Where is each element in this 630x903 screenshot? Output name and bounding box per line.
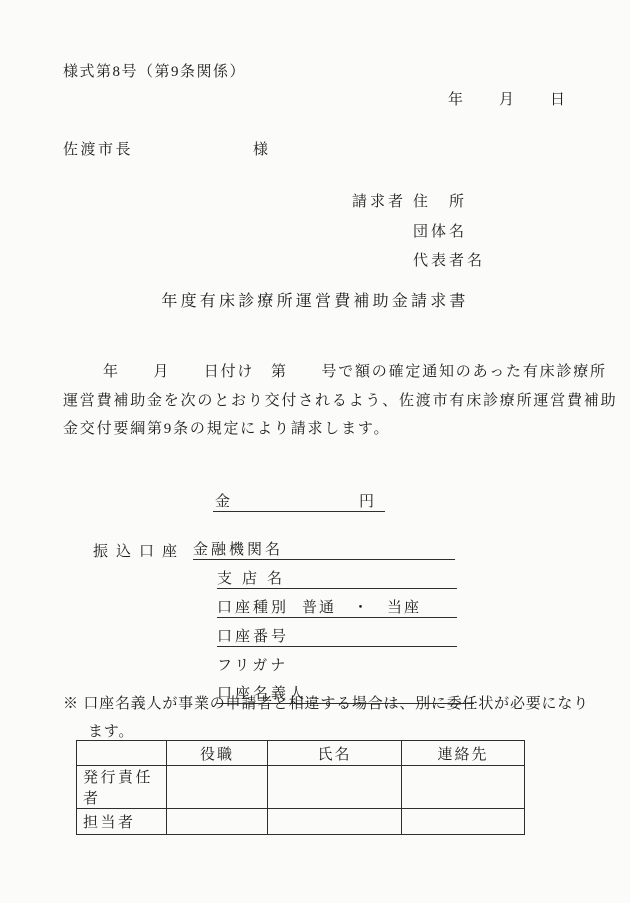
claimant-org-label: 団体名 — [413, 220, 467, 241]
table-header-contact: 連絡先 — [402, 741, 525, 766]
claimant-org-row: 団体名 — [0, 220, 630, 242]
bank-branch-field: 支店名 — [217, 567, 457, 589]
bank-institution-label: 金融機関名 — [193, 542, 283, 558]
bank-account-number-label: 口座番号 — [217, 629, 289, 645]
addressee-honorific: 様 — [253, 138, 268, 159]
form-number: 様式第8号（第9条関係） — [63, 60, 246, 81]
body-paragraph: 年 月 日付け 第 号で額の確定通知のあった有床診療所 運営費補助金を次のとおり… — [63, 358, 571, 444]
table-header-role: 役職 — [167, 741, 268, 766]
body-line: 年 月 日付け 第 号で額の確定通知のあった有床診療所 — [63, 358, 571, 387]
body-line: 金交付要綱第9条の規定により請求します。 — [63, 415, 571, 444]
table-row: 発行責任者 — [77, 766, 525, 809]
bank-account-type-label: 口座種別 — [217, 600, 289, 616]
addressee-row: 佐渡市長 様 — [0, 138, 630, 160]
note-block: ※ 口座名義人が事業の申請者と相違する場合は、別に委任状が必要になり ます。 — [63, 690, 575, 746]
document-page: 様式第8号（第9条関係） 年 月 日 佐渡市長 様 請求者 住 所 団体名 代表… — [0, 0, 630, 903]
body-line: 運営費補助金を次のとおり交付されるよう、佐渡市有床診療所運営費補助 — [63, 387, 571, 416]
table-cell — [268, 809, 402, 835]
claimant-rep-label: 代表者名 — [413, 249, 485, 270]
date-line: 年 月 日 — [63, 88, 567, 109]
table-row: 担当者 — [77, 809, 525, 835]
bank-branch-label: 支店名 — [217, 571, 292, 587]
document-title: 年度有床診療所運営費補助金請求書 — [0, 288, 630, 311]
table-cell — [167, 766, 268, 809]
claimant-address-label: 住 所 — [413, 190, 467, 211]
bank-section-label: 振込口座 — [93, 540, 185, 561]
table-cell — [402, 809, 525, 835]
amount-field: 金 円 — [213, 490, 385, 512]
table-cell — [268, 766, 402, 809]
claimant-address-row: 請求者 住 所 — [0, 190, 630, 212]
table-header-row: 役職 氏名 連絡先 — [77, 741, 525, 766]
claimant-label: 請求者 — [352, 190, 406, 211]
bank-institution-field: 金融機関名 — [193, 538, 455, 560]
bank-account-type-options: 普通 ・ 当座 — [302, 600, 421, 616]
table-cell — [167, 809, 268, 835]
addressee-name: 佐渡市長 — [63, 138, 133, 159]
note-line: ※ 口座名義人が事業の申請者と相違する場合は、別に委任状が必要になり — [63, 690, 575, 718]
contact-table: 役職 氏名 連絡先 発行責任者 担当者 — [76, 740, 525, 835]
bank-account-number-field: 口座番号 — [217, 625, 457, 647]
bank-account-type-field: 口座種別普通 ・ 当座 — [217, 596, 457, 618]
amount-prefix: 金 — [215, 490, 230, 511]
bank-furigana-field: フリガナ — [217, 654, 457, 675]
table-rowlabel-issuer: 発行責任者 — [77, 766, 167, 809]
claimant-rep-row: 代表者名 — [0, 249, 630, 271]
table-cell — [402, 766, 525, 809]
bank-furigana-label: フリガナ — [217, 658, 288, 674]
table-header-blank — [77, 741, 167, 766]
amount-suffix: 円 — [359, 490, 374, 511]
table-rowlabel-staff: 担当者 — [77, 809, 167, 835]
table-header-name: 氏名 — [268, 741, 402, 766]
